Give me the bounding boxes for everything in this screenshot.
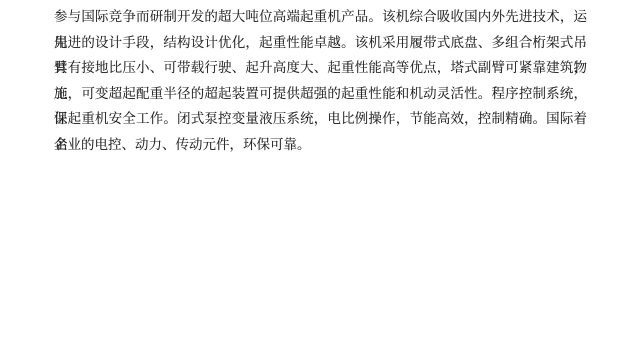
document-page: 参与国际竞争而研制开发的超大吨位高端起重机产品。该机综合吸收国内外先进技术，运用… <box>0 0 640 360</box>
text-line: 证起重机安全工作。闭式泵控变量液压系统，电比例操作，节能高效，控制精确。国际着名 <box>54 106 587 132</box>
text-line: 企业的电控、动力、传动元件，环保可靠。 <box>54 132 587 158</box>
text-line: 先进的设计手段，结构设计优化，起重性能卓越。该机采用履带式底盘、多组合桁架式吊臂… <box>54 30 587 56</box>
text-line: 参与国际竞争而研制开发的超大吨位高端起重机产品。该机综合吸收国内外先进技术，运用 <box>54 4 587 30</box>
paragraph-block: 参与国际竞争而研制开发的超大吨位高端起重机产品。该机综合吸收国内外先进技术，运用… <box>54 4 587 158</box>
text-line: 工，可变超起配重半径的超起装置可提供超强的起重性能和机动灵活性。程序控制系统，保 <box>54 81 587 107</box>
text-line: 具有接地比压小、可带载行驶、起升高度大、起重性能高等优点，塔式副臂可紧靠建筑物施 <box>54 55 587 81</box>
